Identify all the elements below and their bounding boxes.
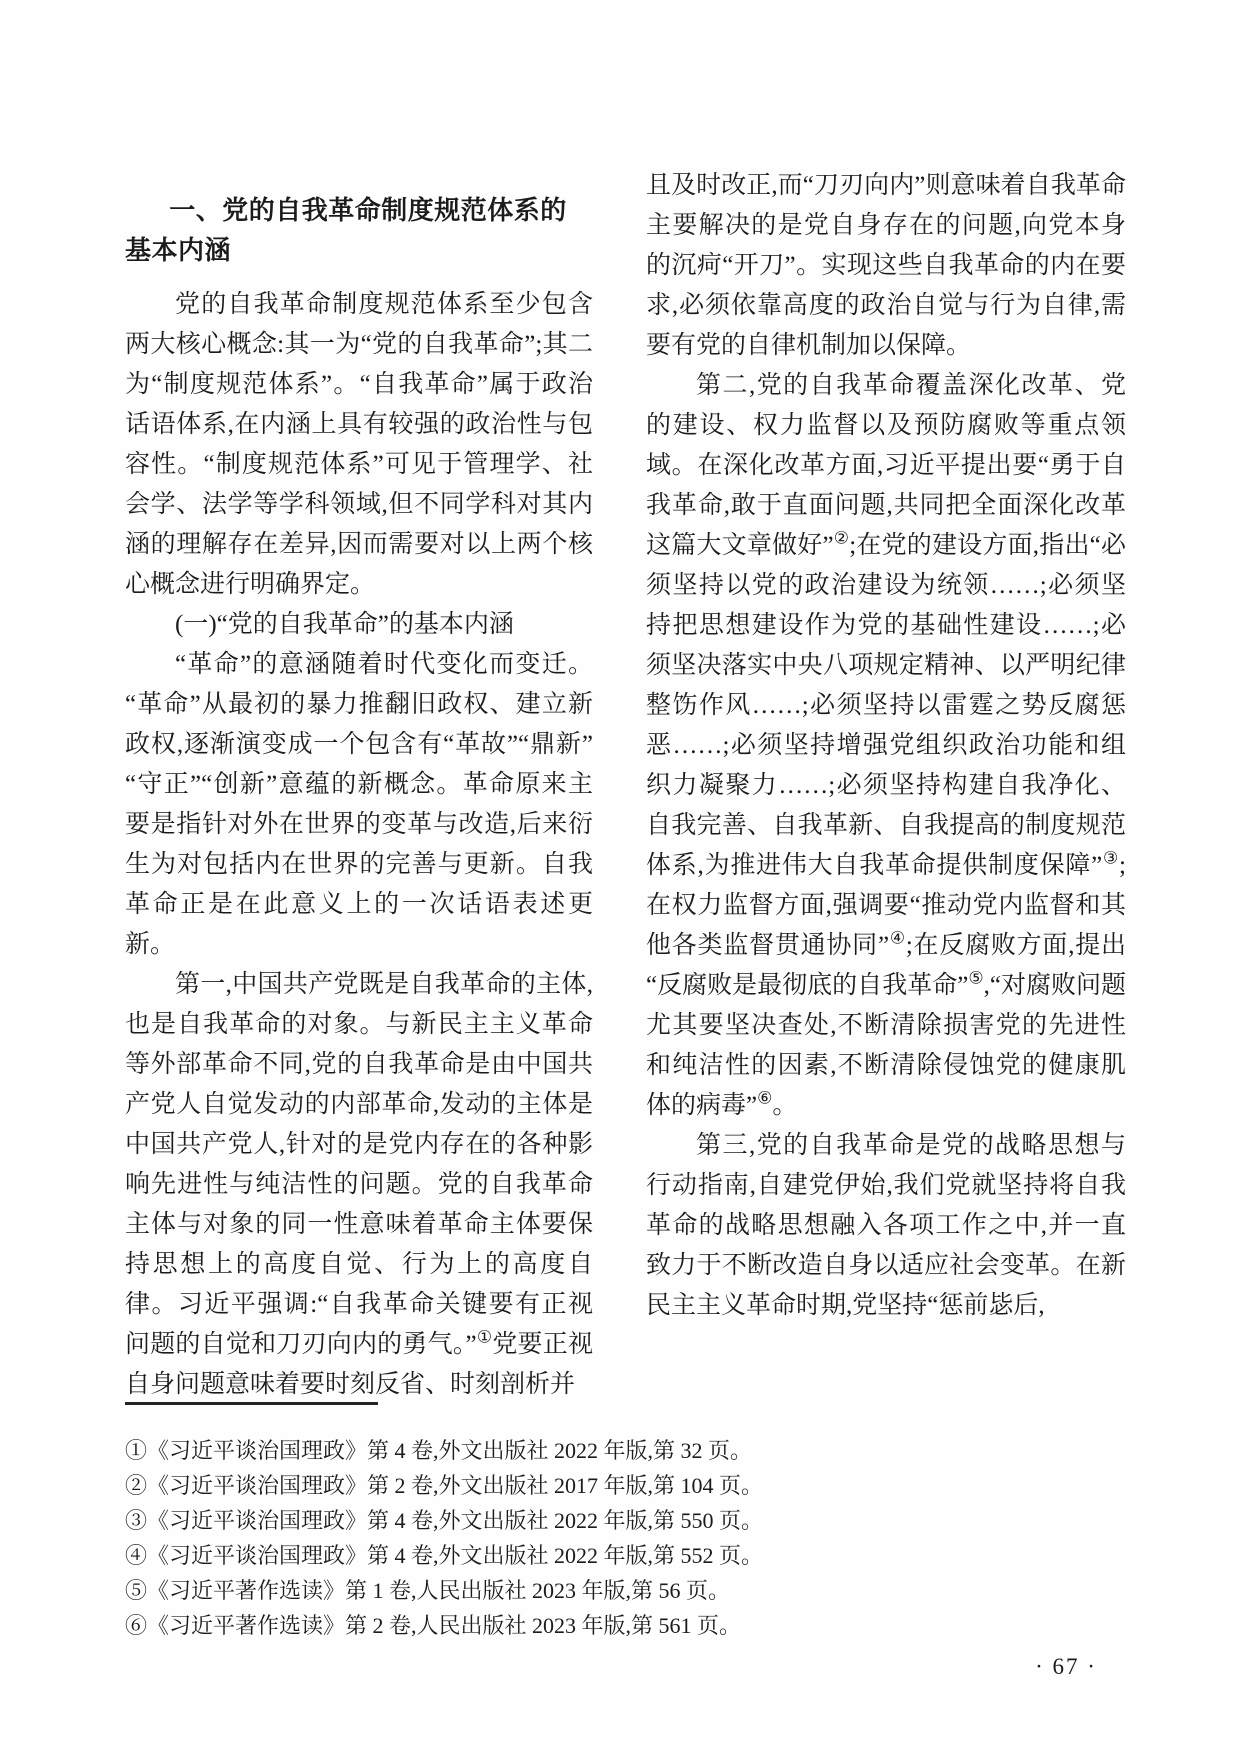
footnote-3: ③《习近平谈治国理政》第 4 卷,外文出版社 2022 年版,第 550 页。	[125, 1503, 705, 1538]
right-column: 且及时改正,而“刀刃向内”则意味着自我革命主要解决的是党自身存在的问题,向党本身…	[646, 166, 1126, 1326]
section-heading: 一、党的自我革命制度规范体系的基本内涵	[125, 190, 593, 270]
left-column: 一、党的自我革命制度规范体系的基本内涵 党的自我革命制度规范体系至少包含两大核心…	[125, 190, 593, 1405]
footnotes-block: ①《习近平谈治国理政》第 4 卷,外文出版社 2022 年版,第 32 页。 ②…	[125, 1402, 705, 1643]
journal-page: 一、党的自我革命制度规范体系的基本内涵 党的自我革命制度规范体系至少包含两大核心…	[0, 0, 1241, 1755]
paragraph-continuation: 且及时改正,而“刀刃向内”则意味着自我革命主要解决的是党自身存在的问题,向党本身…	[646, 166, 1126, 366]
subsection-heading: (一)“党的自我革命”的基本内涵	[125, 605, 593, 645]
paragraph-third-point: 第三,党的自我革命是党的战略思想与行动指南,自建党伊始,我们党就坚持将自我革命的…	[646, 1126, 1126, 1326]
footnote-separator-rule	[125, 1402, 378, 1405]
footnote-list: ①《习近平谈治国理政》第 4 卷,外文出版社 2022 年版,第 32 页。 ②…	[125, 1433, 705, 1643]
page-number: · 67 ·	[996, 1650, 1136, 1684]
paragraph-second-point: 第二,党的自我革命覆盖深化改革、党的建设、权力监督以及预防腐败等重点领域。在深化…	[646, 366, 1126, 1126]
footnote-6: ⑥《习近平著作选读》第 2 卷,人民出版社 2023 年版,第 561 页。	[125, 1608, 705, 1643]
paragraph-core-concepts: 党的自我革命制度规范体系至少包含两大核心概念:其一为“党的自我革命”;其二为“制…	[125, 285, 593, 605]
paragraph-revolution-meaning: “革命”的意涵随着时代变化而变迁。“革命”从最初的暴力推翻旧政权、建立新政权,逐…	[125, 645, 593, 965]
paragraph-first-point: 第一,中国共产党既是自我革命的主体,也是自我革命的对象。与新民主主义革命等外部革…	[125, 965, 593, 1405]
footnote-2: ②《习近平谈治国理政》第 2 卷,外文出版社 2017 年版,第 104 页。	[125, 1468, 705, 1503]
footnote-5: ⑤《习近平著作选读》第 1 卷,人民出版社 2023 年版,第 56 页。	[125, 1573, 705, 1608]
footnote-4: ④《习近平谈治国理政》第 4 卷,外文出版社 2022 年版,第 552 页。	[125, 1538, 705, 1573]
footnote-1: ①《习近平谈治国理政》第 4 卷,外文出版社 2022 年版,第 32 页。	[125, 1433, 705, 1468]
